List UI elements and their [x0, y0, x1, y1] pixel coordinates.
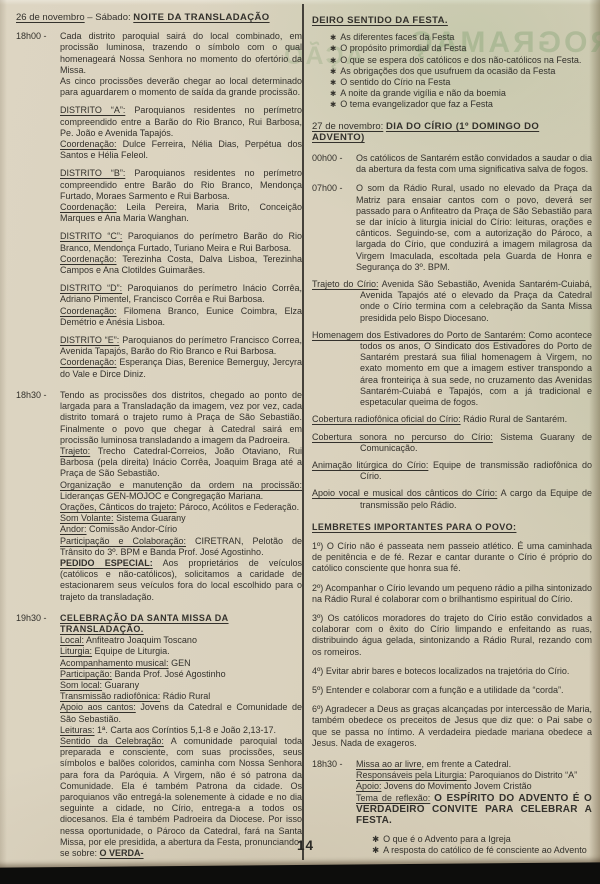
section-header-27-nov: 27 de novembro: DIA DO CÍRIO (1º DOMINGO… — [312, 121, 592, 143]
item-number: 2º) — [312, 583, 323, 593]
asterisk-icon: ✱ — [330, 44, 336, 53]
line-label: Apoio aos cantos: — [60, 702, 136, 712]
line-text: Como acontece todos os anos, O Sindicato… — [360, 330, 592, 407]
line-label: Sentido da Celebração: — [60, 736, 164, 746]
list-item: ✱A noite da grande vigília e não da boem… — [312, 88, 592, 99]
district-desc: DISTRITO “D”: Paroquianos do perímetro I… — [60, 283, 302, 305]
reminder-item: 6º) Agradecer a Deus as graças alcançada… — [312, 704, 592, 749]
asterisk-icon: ✱ — [330, 67, 336, 76]
line-label: Andor: — [60, 524, 87, 534]
line-label: Animação litúrgica do Círio: — [312, 460, 428, 470]
line-label: Responsáveis pela Liturgia: — [356, 770, 467, 780]
asterisk-icon: ✱ — [330, 89, 336, 98]
line-label: Homenagem dos Estivadores do Porto de Sa… — [312, 330, 526, 340]
item-text: Os católicos moradores do trajeto do Cír… — [312, 613, 592, 657]
schedule-entry-18h30-right: 18h30 - Missa ao ar livre, em frente a C… — [312, 759, 592, 857]
list-item: ✱O propósito primordial da Festa — [312, 43, 592, 54]
list-item: ✱O que é o Advento para a Igreja — [372, 834, 592, 845]
district-desc: DISTRITO “E”: Paroquianos do perímetro F… — [60, 335, 302, 357]
line-label: Apoio: — [356, 781, 382, 791]
labeled-paragraph: Trajeto do Círio: Avenida São Sebastião,… — [312, 279, 592, 324]
schedule-entry-00h00: 00h00 - Os católicos de Santarém estão c… — [312, 153, 592, 175]
list-item: ✱O sentido do Círio na Festa — [312, 77, 592, 88]
district-name: DISTRITO “D”: — [60, 283, 122, 293]
district-coord: Coordenação: Terezinha Costa, Dalva Lisb… — [60, 254, 302, 276]
continued-title: DEIRO SENTIDO DA FESTA. — [312, 15, 592, 26]
line-label: Organização e manutenção da ordem na pro… — [60, 480, 302, 490]
mass-line: Missa ao ar livre, em frente a Catedral. — [356, 759, 592, 770]
line-label: Transmissão radiofônica: — [60, 691, 160, 701]
coord-label: Coordenação: — [60, 202, 117, 212]
list-item: ✱O que se espera dos católicos e dos não… — [312, 55, 592, 66]
line-text: Anfiteatro Joaquim Toscano — [86, 635, 197, 645]
line-label: Som Volante: — [60, 513, 114, 523]
left-column: 26 de novembro – Sábado: NOITE DA TRANSL… — [16, 12, 302, 859]
entry-body: CELEBRAÇÃO DA SANTA MISSA DA TRANSLADAÇÃ… — [60, 613, 302, 859]
paragraph: O som da Rádio Rural, usado no elevado d… — [356, 183, 592, 273]
entry-body: Os católicos de Santarém estão convidado… — [356, 153, 592, 175]
mass-title: CELEBRAÇÃO DA SANTA MISSA DA TRANSLADAÇÃ… — [60, 613, 302, 635]
item-number: 4º) — [312, 666, 323, 676]
entry-body: Missa ao ar livre, em frente a Catedral.… — [356, 759, 592, 857]
labeled-line: Som local: Guarany — [60, 680, 302, 691]
line-text: Jovens do Movimento Jovem Cristão — [384, 781, 532, 791]
coord-label: Coordenação: — [60, 254, 117, 264]
list-item-text: O que se espera dos católicos e dos não-… — [340, 55, 581, 65]
labeled-paragraph: Cobertura sonora no percurso do Círio: S… — [312, 432, 592, 454]
festa-topics-list: ✱As diferentes faces da Festa ✱O propósi… — [312, 32, 592, 110]
labeled-line: Apoio: Jovens do Movimento Jovem Cristão — [356, 781, 592, 792]
labeled-line: Leituras: 1ª. Carta aos Coríntios 5,1-8 … — [60, 725, 302, 736]
asterisk-icon: ✱ — [372, 834, 379, 844]
labeled-line: Apoio aos cantos: Jovens da Catedral e C… — [60, 702, 302, 724]
line-text: GEN — [171, 658, 191, 668]
item-number: 6º) — [312, 704, 323, 714]
line-text: Avenida São Sebastião, Avenida Santarém-… — [360, 279, 592, 323]
line-label: Participação e Colaboração: — [60, 536, 186, 546]
labeled-line: Responsáveis pela Liturgia: Paroquianos … — [356, 770, 592, 781]
reminder-item: 4º) Evitar abrir bares e botecos localiz… — [312, 666, 592, 677]
item-number: 5º) — [312, 685, 323, 695]
paragraph: Tendo as procissões dos distritos, chega… — [60, 390, 302, 446]
page-number: 14 — [297, 838, 314, 853]
line-text: Trecho Catedral-Correios, João Otaviano,… — [60, 446, 302, 478]
line-text: Pároco, Acólitos e Federação. — [179, 502, 299, 512]
district-desc: DISTRITO “B”: Paroquianos residentes no … — [60, 168, 302, 202]
line-label: Apoio vocal e musical dos cânticos do Cí… — [312, 488, 497, 498]
district-block-b: DISTRITO “B”: Paroquianos residentes no … — [60, 168, 302, 224]
schedule-entry-07h00: 07h00 - O som da Rádio Rural, usado no e… — [312, 183, 592, 273]
reminders-title: LEMBRETES IMPORTANTES PARA O POVO: — [312, 522, 592, 533]
time-label: 19h30 - — [16, 613, 60, 859]
line-label: Liturgia: — [60, 646, 92, 656]
district-name: DISTRITO “B”: — [60, 168, 125, 178]
labeled-line: Liturgia: Equipe de Liturgia. — [60, 646, 302, 657]
list-item-text: As obrigações dos que usufruem da ocasiã… — [340, 66, 555, 76]
labeled-line: Andor: Comissão Andor-Círio — [60, 524, 302, 535]
time-label: 18h00 - — [16, 31, 60, 380]
reminder-item: 3º) Os católicos moradores do trajeto do… — [312, 613, 592, 658]
celebration-meaning: Sentido da Celebração: A comunidade paro… — [60, 736, 302, 859]
asterisk-icon: ✱ — [330, 78, 336, 87]
item-text: Entender e colaborar com a função e a ut… — [326, 685, 564, 695]
asterisk-icon: ✱ — [330, 33, 336, 42]
reminder-item: 1º) O Círio não é passeata nem passeio a… — [312, 541, 592, 575]
reflection-theme: Tema de reflexão: O ESPÍRITO DO ADVENTO … — [356, 793, 592, 827]
labeled-paragraph: Cobertura radiofônica oficial do Círio: … — [312, 414, 592, 425]
list-item-text: As diferentes faces da Festa — [340, 32, 454, 42]
labeled-paragraph: Animação litúrgica do Círio: Equipe de t… — [312, 460, 592, 482]
list-item-text: O propósito primordial da Festa — [340, 43, 466, 53]
time-label: 18h30 - — [16, 390, 60, 603]
paragraph: Cada distrito paroquial sairá do local c… — [60, 31, 302, 76]
header-date: 27 de novembro: — [312, 121, 383, 132]
line-label: Leituras: — [60, 725, 95, 735]
reminders-title-text: LEMBRETES IMPORTANTES PARA O POVO: — [312, 522, 516, 532]
item-number: 1º) — [312, 541, 323, 551]
district-coord: Coordenação: Filomena Branco, Eunice Coi… — [60, 306, 302, 328]
schedule-entry-18h00: 18h00 - Cada distrito paroquial sairá do… — [16, 31, 302, 380]
entry-body: Cada distrito paroquial sairá do local c… — [60, 31, 302, 380]
line-label: Orações, Cânticos do trajeto: — [60, 502, 177, 512]
line-label: Trajeto do Círio: — [312, 279, 378, 289]
line-text: Lideranças GEN-MOJOC e Congregação Maria… — [60, 491, 263, 501]
list-item-text: A resposta do católico de fé consciente … — [383, 845, 587, 855]
schedule-entry-18h30: 18h30 - Tendo as procissões dos distrito… — [16, 390, 302, 603]
labeled-line: Trajeto: Trecho Catedral-Correios, João … — [60, 446, 302, 480]
header-title: NOITE DA TRANSLADAÇÃO — [133, 12, 269, 23]
line-text: Sistema Guarany — [116, 513, 186, 523]
line-text: Rádio Rural — [163, 691, 211, 701]
reminder-item: 5º) Entender e colaborar com a função e … — [312, 685, 592, 696]
line-label: Acompanhamento musical: — [60, 658, 169, 668]
list-item-text: O tema evangelizador que faz a Festa — [340, 99, 493, 109]
line-text: Comissão Andor-Círio — [89, 524, 177, 534]
district-coord: Coordenação: Dulce Ferreira, Nélia Dias,… — [60, 139, 302, 161]
line-text: Paroquianos do Distrito “A” — [469, 770, 577, 780]
district-coord: Coordenação: Esperança Dias, Berenice Be… — [60, 357, 302, 379]
line-text: 1ª. Carta aos Coríntios 5,1-8 e João 2,1… — [97, 725, 276, 735]
labeled-line: Acompanhamento musical: GEN — [60, 658, 302, 669]
line-label: PEDIDO ESPECIAL: — [60, 558, 153, 568]
labeled-line: Local: Anfiteatro Joaquim Toscano — [60, 635, 302, 646]
coord-label: Coordenação: — [60, 357, 117, 367]
list-item: ✱O tema evangelizador que faz a Festa — [312, 99, 592, 110]
asterisk-icon: ✱ — [330, 56, 336, 65]
district-coord: Coordenação: Leila Pereira, Maria Brito,… — [60, 202, 302, 224]
labeled-line: Participação: Banda Prof. José Agostinho — [60, 669, 302, 680]
time-label: 18h30 - — [312, 759, 356, 857]
district-block-d: DISTRITO “D”: Paroquianos do perímetro I… — [60, 283, 302, 328]
item-text: Acompanhar o Círio levando um pequeno rá… — [312, 583, 592, 604]
paragraph: As cinco procissões deverão chegar ao lo… — [60, 76, 302, 98]
scanned-program-page: PROGRAMAÇ AÇÃO 26 de novembro – Sábado: … — [0, 0, 600, 868]
header-date: 26 de novembro — [16, 12, 85, 23]
line-label: Cobertura sonora no percurso do Círio: — [312, 432, 493, 442]
item-number: 3º) — [312, 613, 323, 623]
district-name: DISTRITO “E”: — [60, 335, 119, 345]
line-text: Banda Prof. José Agostinho — [115, 669, 226, 679]
line-text: A comunidade paroquial toda preparada e … — [60, 736, 302, 858]
header-separator: – Sábado: — [85, 12, 134, 23]
right-column: DEIRO SENTIDO DA FESTA. ✱As diferentes f… — [312, 15, 592, 857]
line-text: Equipe de Liturgia. — [95, 646, 170, 656]
district-name: DISTRITO “A”: — [60, 105, 125, 115]
labeled-line: Organização e manutenção da ordem na pro… — [60, 480, 302, 502]
district-name: DISTRITO “C”: — [60, 231, 122, 241]
coord-label: Coordenação: — [60, 306, 117, 316]
line-label: Cobertura radiofônica oficial do Círio: — [312, 414, 461, 424]
list-item: ✱As obrigações dos que usufruem da ocasi… — [312, 66, 592, 77]
entry-body: Tendo as procissões dos distritos, chega… — [60, 390, 302, 603]
labeled-line: Participação e Colaboração: CIRETRAN, Pe… — [60, 536, 302, 558]
line-label: Missa ao ar livre — [356, 759, 422, 769]
line-label: Local: — [60, 635, 84, 645]
list-item-text: O que é o Advento para a Igreja — [383, 834, 511, 844]
advent-topics-list: ✱O que é o Advento para a Igreja ✱A resp… — [356, 834, 592, 856]
continued-title-text: DEIRO SENTIDO DA FESTA. — [312, 15, 448, 26]
district-desc: DISTRITO “A”: Paroquianos residentes no … — [60, 105, 302, 139]
line-label: Trajeto: — [60, 446, 90, 456]
labeled-paragraph: Homenagem dos Estivadores do Porto de Sa… — [312, 330, 592, 408]
section-header-26-nov: 26 de novembro – Sábado: NOITE DA TRANSL… — [16, 12, 302, 23]
item-text: O Círio não é passeata nem passeio atlét… — [312, 541, 592, 573]
district-block-e: DISTRITO “E”: Paroquianos do perímetro F… — [60, 335, 302, 380]
paragraph: Os católicos de Santarém estão convidado… — [356, 153, 592, 175]
mass-title-text: CELEBRAÇÃO DA SANTA MISSA DA TRANSLADAÇÃ… — [60, 613, 229, 634]
schedule-entry-19h30: 19h30 - CELEBRAÇÃO DA SANTA MISSA DA TRA… — [16, 613, 302, 859]
list-item: ✱As diferentes faces da Festa — [312, 32, 592, 43]
asterisk-icon: ✱ — [330, 100, 336, 109]
district-block-a: DISTRITO “A”: Paroquianos residentes no … — [60, 105, 302, 161]
reminder-item: 2º) Acompanhar o Círio levando um pequen… — [312, 583, 592, 605]
labeled-paragraph: Apoio vocal e musical dos cânticos do Cí… — [312, 488, 592, 510]
line-label: Participação: — [60, 669, 112, 679]
special-request: PEDIDO ESPECIAL: Aos proprietários de ve… — [60, 558, 302, 603]
column-divider — [302, 4, 304, 860]
continued-word: O VERDA- — [100, 848, 144, 858]
district-desc: DISTRITO “C”: Paroquianos do perímetro B… — [60, 231, 302, 253]
list-item: ✱A resposta do católico de fé consciente… — [372, 845, 592, 856]
time-label: 07h00 - — [312, 183, 356, 273]
line-text: Guarany — [105, 680, 140, 690]
district-block-c: DISTRITO “C”: Paroquianos do perímetro B… — [60, 231, 302, 276]
labeled-line: Transmissão radiofônica: Rádio Rural — [60, 691, 302, 702]
list-item-text: A noite da grande vigília e não da boemi… — [340, 88, 506, 98]
item-text: Evitar abrir bares e botecos localizados… — [326, 666, 570, 676]
labeled-line: Som Volante: Sistema Guarany — [60, 513, 302, 524]
coord-label: Coordenação: — [60, 139, 117, 149]
line-label: Tema de reflexão: — [356, 793, 430, 803]
line-label: Som local: — [60, 680, 102, 690]
line-text: Rádio Rural de Santarém. — [463, 414, 567, 424]
entry-body: O som da Rádio Rural, usado no elevado d… — [356, 183, 592, 273]
asterisk-icon: ✱ — [372, 845, 379, 855]
line-text: , em frente a Catedral. — [422, 759, 512, 769]
item-text: Agradecer a Deus as graças alcançadas po… — [312, 704, 592, 748]
time-label: 00h00 - — [312, 153, 356, 175]
labeled-line: Orações, Cânticos do trajeto: Pároco, Ac… — [60, 502, 302, 513]
list-item-text: O sentido do Círio na Festa — [340, 77, 450, 87]
